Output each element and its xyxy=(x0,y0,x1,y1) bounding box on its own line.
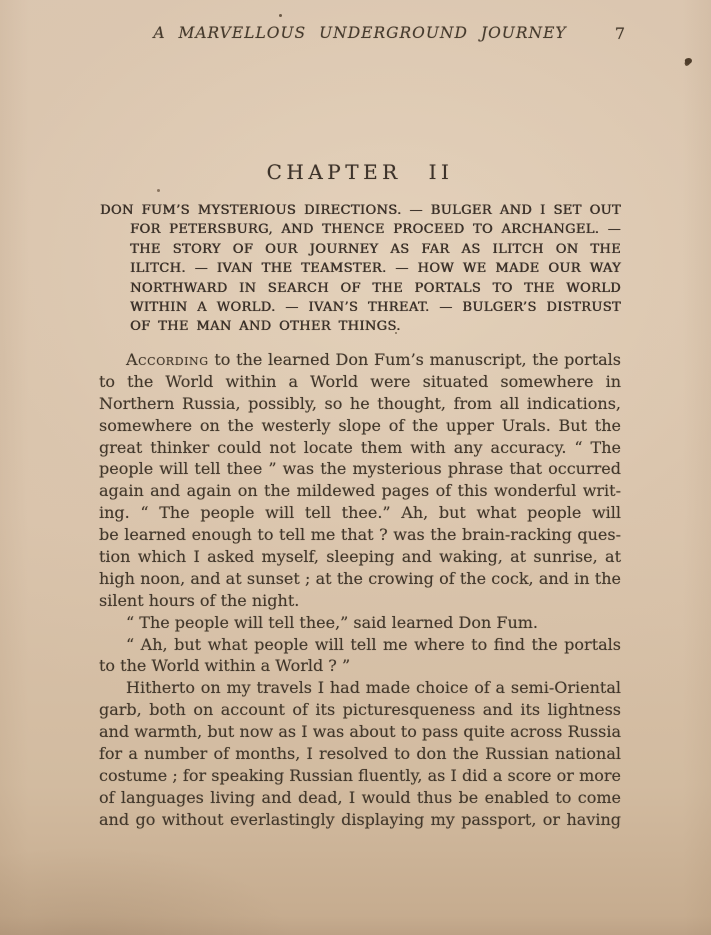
ink-speck xyxy=(684,57,693,65)
body-line: to the World within a World were situate… xyxy=(99,371,621,393)
body-line: be learned enough to tell me that ? was … xyxy=(99,524,621,546)
body-line: Northern Russia, possibly, so he thought… xyxy=(99,393,621,415)
body-line: and go without everlastingly displaying … xyxy=(99,809,621,831)
body-line: costume ; for speaking Russian fluently,… xyxy=(99,765,621,787)
body-line: great thinker could not locate them with… xyxy=(99,437,621,459)
body-line: again and again on the mildewed pages of… xyxy=(99,480,621,502)
page-number: 7 xyxy=(615,24,625,43)
body-line: Hitherto on my travels I had made choice… xyxy=(99,677,621,699)
body-line: “ The people will tell thee,” said learn… xyxy=(99,612,621,634)
synopsis-line: NORTHWARD IN SEARCH OF THE PORTALS TO TH… xyxy=(130,279,621,298)
synopsis-line: WITHIN A WORLD. — IVAN’S THREAT. — BULGE… xyxy=(130,298,621,317)
ink-speck xyxy=(279,14,282,17)
synopsis-line: THE STORY OF OUR JOURNEY AS FAR AS ILITC… xyxy=(130,240,621,259)
chapter-heading: CHAPTER II xyxy=(99,160,621,184)
body-line: According to the learned Don Fum’s manus… xyxy=(99,349,621,371)
body-line: somewhere on the westerly slope of the u… xyxy=(99,415,621,437)
running-header: A MARVELLOUS UNDERGROUND JOURNEY 7 xyxy=(99,24,621,48)
body-line: for a number of months, I resolved to do… xyxy=(99,743,621,765)
body-line: people will tell thee ” was the mysterio… xyxy=(99,458,621,480)
synopsis-line: OF THE MAN AND OTHER THINGS. xyxy=(130,317,621,336)
synopsis-line: FOR PETERSBURG, AND THENCE PROCEED TO AR… xyxy=(130,220,621,239)
ink-speck xyxy=(395,332,397,334)
synopsis-line: ILITCH. — IVAN THE TEAMSTER. — HOW WE MA… xyxy=(130,259,621,278)
body-line: and warmth, but now as I was about to pa… xyxy=(99,721,621,743)
book-page: A MARVELLOUS UNDERGROUND JOURNEY 7 CHAPT… xyxy=(0,0,711,935)
synopsis-line: DON FUM’S MYSTERIOUS DIRECTIONS. — BULGE… xyxy=(100,201,621,220)
body-line: “ Ah, but what people will tell me where… xyxy=(99,634,621,656)
body-line: ing. “ The people will tell thee.” Ah, b… xyxy=(99,502,621,524)
body-text: According to the learned Don Fum’s manus… xyxy=(99,349,621,831)
body-line: garb, both on account of its picturesque… xyxy=(99,699,621,721)
body-line: of languages living and dead, I would th… xyxy=(99,787,621,809)
ink-speck xyxy=(157,189,160,192)
running-title: A MARVELLOUS UNDERGROUND JOURNEY xyxy=(153,24,566,42)
body-line: silent hours of the night. xyxy=(99,590,621,612)
body-line: tion which I asked myself, sleeping and … xyxy=(99,546,621,568)
body-line: to the World within a World ? ” xyxy=(99,655,621,677)
lead-word: According xyxy=(126,350,209,369)
body-line: high noon, and at sunset ; at the crowin… xyxy=(99,568,621,590)
chapter-synopsis: DON FUM’S MYSTERIOUS DIRECTIONS. — BULGE… xyxy=(100,201,621,337)
